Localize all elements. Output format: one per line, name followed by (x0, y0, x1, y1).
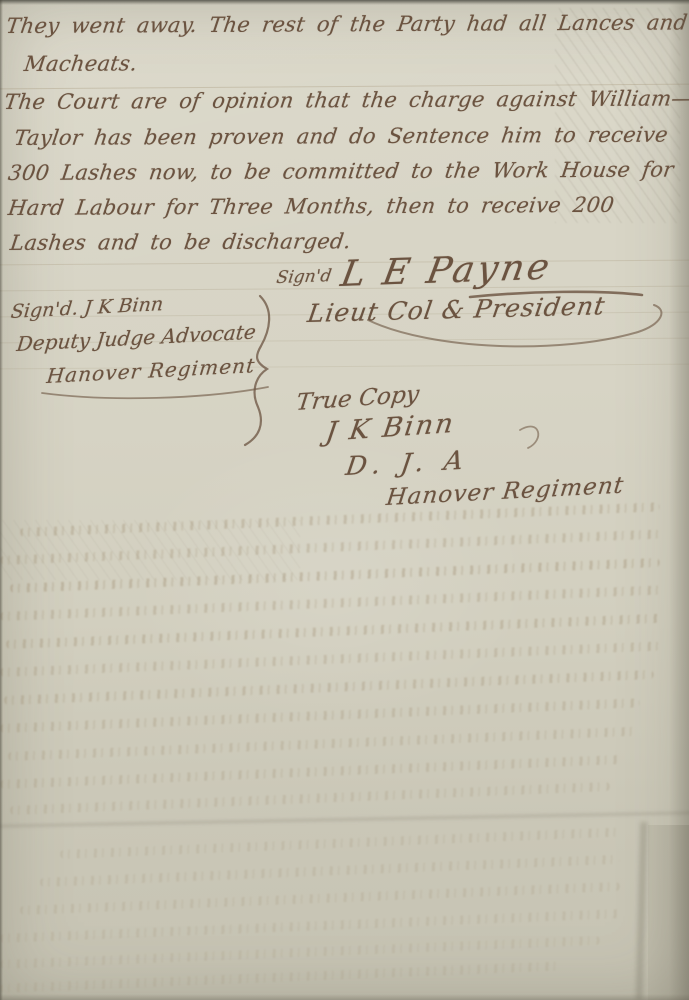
manuscript-page: They went away. The rest of the Party ha… (0, 0, 689, 1000)
manuscript-line: Hard Labour for Three Months, then to re… (7, 193, 616, 220)
photo-edge-right (669, 0, 689, 1000)
manuscript-line: They went away. The rest of the Party ha… (5, 10, 689, 38)
photo-edge-bottom (0, 994, 689, 1000)
showthrough-line (0, 755, 620, 789)
showthrough-line (10, 782, 610, 815)
photo-edge-top (0, 0, 689, 5)
photo-edge-left (0, 0, 3, 1000)
signature-payne: L E Payne (338, 247, 556, 295)
showthrough-line (40, 855, 620, 887)
page-edge-line (636, 822, 648, 1000)
showthrough-line (0, 962, 560, 993)
pencil-hatch-marks (555, 8, 680, 223)
true-copy-label: True Copy (295, 382, 421, 416)
manuscript-line: Lashes and to be discharged. (9, 229, 353, 255)
manuscript-line: Taylor has been proven and do Sentence h… (13, 123, 670, 150)
manuscript-line: 300 Lashes now, to be committed to the W… (7, 158, 676, 185)
unit-hanover-regiment: Hanover Regiment (45, 353, 256, 388)
showthrough-line (60, 828, 620, 859)
showthrough-line (20, 882, 620, 915)
showthrough-line (8, 727, 638, 761)
signed-label-binn: Sign'd. J K Binn (10, 293, 165, 323)
fold-crease (0, 811, 689, 828)
title-president: Lieut Col & President (306, 291, 608, 328)
title-deputy-judge-advocate: Deputy Judge Advocate (15, 320, 257, 356)
signed-label: Sign'd (275, 266, 333, 288)
manuscript-line: Macheats. (23, 51, 139, 76)
manuscript-line: The Court are of opinion that the charge… (3, 86, 689, 114)
